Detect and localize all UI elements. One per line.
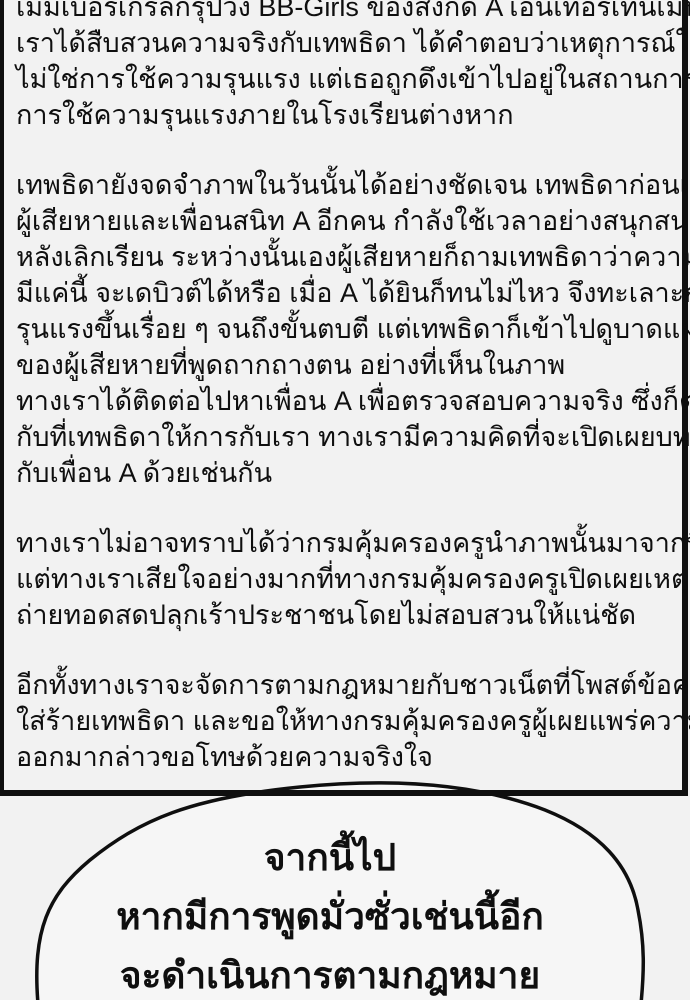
speech-bubble-line: จากนี้ไป bbox=[30, 828, 630, 887]
statement-line: อีกทั้งทางเราจะจัดการตามกฎหมายกับชาวเน็ต… bbox=[16, 667, 676, 703]
speech-bubble-text: จากนี้ไปหากมีการพูดมั่วซั่วเช่นนี้อีกจะด… bbox=[30, 828, 630, 1000]
statement-paragraph: เทพธิดายังจดจำภาพในวันนั้นได้อย่างชัดเจน… bbox=[16, 167, 676, 491]
statement-paragraph: อีกทั้งทางเราจะจัดการตามกฎหมายกับชาวเน็ต… bbox=[16, 667, 676, 775]
statement-line: เม็มเบอร์เกิร์ลกรุ๊ปวง BB-Girls ของสังกั… bbox=[16, 0, 676, 25]
speech-bubble-line: จะดำเนินการตามกฎหมาย bbox=[30, 946, 630, 1000]
statement-line: เราได้สืบสวนความจริงกับเทพธิดา ได้คำตอบว… bbox=[16, 25, 676, 61]
statement-line: ทางเราได้ติดต่อไปหาเพื่อน A เพื่อตรวจสอบ… bbox=[16, 383, 676, 419]
statement-line: ของผู้เสียหายที่พูดถากถางตน อย่างที่เห็น… bbox=[16, 347, 676, 383]
statement-line: กับที่เทพธิดาให้การกับเรา ทางเรามีความคิ… bbox=[16, 419, 676, 455]
statement-paragraph: ทางเราไม่อาจทราบได้ว่ากรมคุ้มครองครูนำภา… bbox=[16, 525, 676, 633]
statement-line: กับเพื่อน A ด้วยเช่นกัน bbox=[16, 455, 676, 491]
statement-line: ถ่ายทอดสดปลุกเร้าประชาชนโดยไม่สอบสวนให้แ… bbox=[16, 597, 676, 633]
statement-text: เม็มเบอร์เกิร์ลกรุ๊ปวง BB-Girls ของสังกั… bbox=[16, 0, 676, 809]
webtoon-page: เม็มเบอร์เกิร์ลกรุ๊ปวง BB-Girls ของสังกั… bbox=[0, 0, 690, 1000]
statement-line: ไม่ใช่การใช้ความรุนแรง แต่เธอถูกดึงเข้าไ… bbox=[16, 61, 676, 97]
statement-line: เทพธิดายังจดจำภาพในวันนั้นได้อย่างชัดเจน… bbox=[16, 167, 676, 203]
statement-line: ผู้เสียหายและเพื่อนสนิท A อีกคน กำลังใช้… bbox=[16, 203, 676, 239]
statement-line: หลังเลิกเรียน ระหว่างนั้นเองผู้เสียหายก็… bbox=[16, 239, 676, 275]
statement-line: แต่ทางเราเสียใจอย่างมากที่ทางกรมคุ้มครอง… bbox=[16, 561, 676, 597]
statement-line: มีแค่นี้ จะเดบิวต์ได้หรือ เมื่อ A ได้ยิน… bbox=[16, 275, 676, 311]
statement-line: รุนแรงขึ้นเรื่อย ๆ จนถึงขั้นตบตี แต่เทพธ… bbox=[16, 311, 676, 347]
speech-bubble-line: หากมีการพูดมั่วซั่วเช่นนี้อีก bbox=[30, 887, 630, 946]
statement-line: ทางเราไม่อาจทราบได้ว่ากรมคุ้มครองครูนำภา… bbox=[16, 525, 676, 561]
statement-line: ใส่ร้ายเทพธิดา และขอให้ทางกรมคุ้มครองครู… bbox=[16, 703, 676, 739]
statement-paragraph: เม็มเบอร์เกิร์ลกรุ๊ปวง BB-Girls ของสังกั… bbox=[16, 0, 676, 133]
statement-line: ออกมากล่าวขอโทษด้วยความจริงใจ bbox=[16, 739, 676, 775]
statement-line: การใช้ความรุนแรงภายในโรงเรียนต่างหาก bbox=[16, 97, 676, 133]
